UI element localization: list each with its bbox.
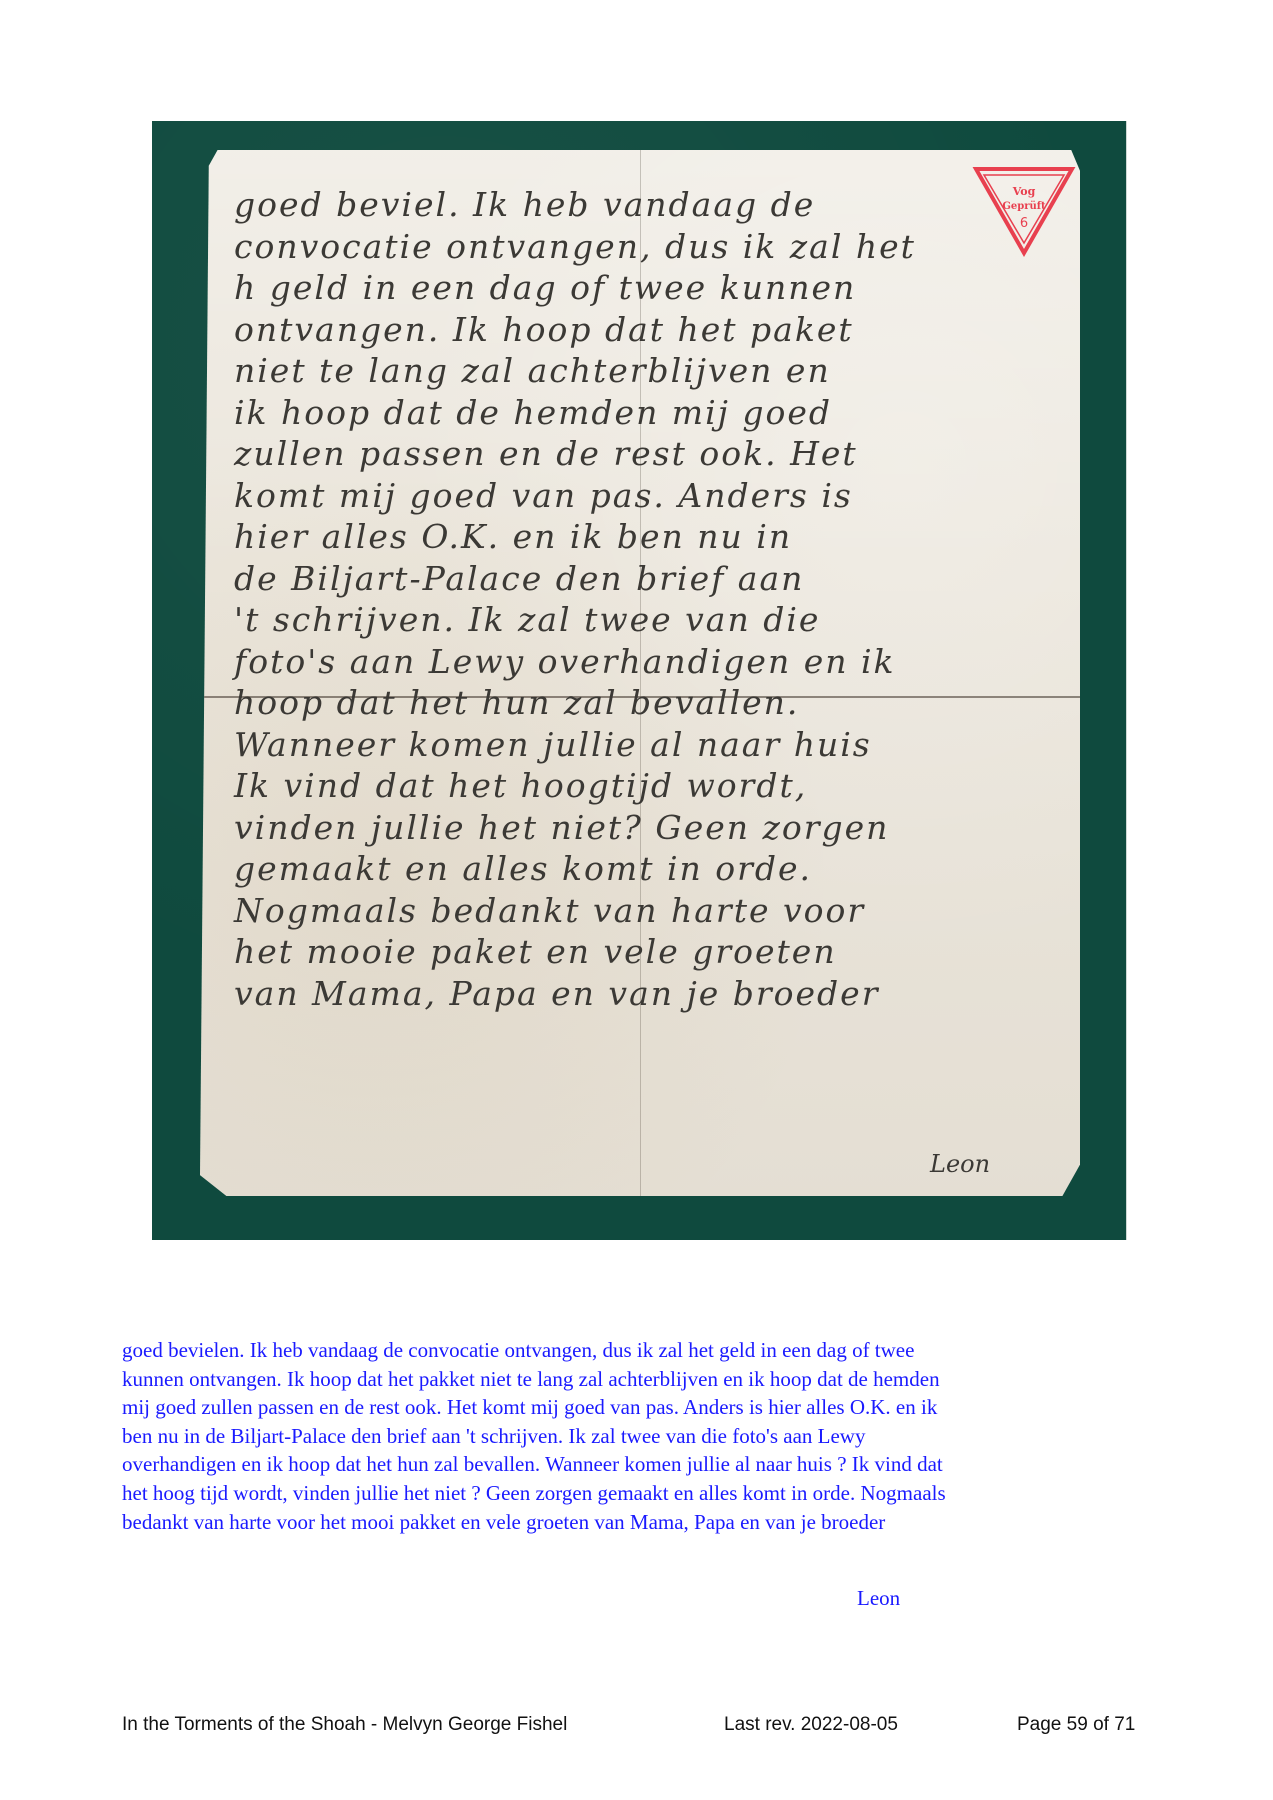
handwritten-signature: Leon [930,1150,990,1178]
handwritten-line: Nogmaals bedankt van harte voor [234,890,1060,932]
handwritten-line: 't schrijven. Ik zal twee van die [234,599,1060,641]
transcription-line: bedankt van harte voor het mooi pakket e… [122,1508,1162,1537]
handwritten-line: de Biljart-Palace den brief aan [234,558,1060,600]
page-footer: In the Torments of the Shoah - Melvyn Ge… [0,1714,1273,1738]
handwritten-line: het mooie paket en vele groeten [234,931,1060,973]
footer-book-title: In the Torments of the Shoah - Melvyn Ge… [122,1714,567,1736]
handwritten-line: gemaakt en alles komt in orde. [234,848,1060,890]
censor-stamp-line2: Geprüft [1002,201,1046,212]
transcription-line: mij goed zullen passen en de rest ook. H… [122,1393,1162,1422]
transcription-line: het hoog tijd wordt, vinden jullie het n… [122,1479,1162,1508]
censor-stamp-icon: Vog Geprüft 6 [972,165,1076,257]
letter-paper: goed beviel. Ik heb vandaag de convocati… [200,150,1080,1196]
handwritten-text: goed beviel. Ik heb vandaag de convocati… [234,184,1060,1014]
transcription-line: ben nu in de Biljart-Palace den brief aa… [122,1422,1162,1451]
handwritten-line: hoop dat het hun zal bevallen. [234,682,1060,724]
transcription-signature: Leon [857,1586,900,1611]
handwritten-line: zullen passen en de rest ook. Het [234,433,1060,475]
footer-revision-date: Last rev. 2022-08-05 [724,1714,898,1736]
footer-page-number: Page 59 of 71 [1017,1714,1135,1736]
handwritten-line: vinden jullie het niet? Geen zorgen [234,807,1060,849]
handwritten-line: van Mama, Papa en van je broeder [234,973,1060,1015]
handwritten-line: komt mij goed van pas. Anders is [234,475,1060,517]
handwritten-line: ontvangen. Ik hoop dat het paket [234,309,1060,351]
transcription-line: goed bevielen. Ik heb vandaag de convoca… [122,1336,1162,1365]
letter-transcription: goed bevielen. Ik heb vandaag de convoca… [122,1336,1162,1536]
handwritten-line: Wanneer komen jullie al naar huis [234,724,1060,766]
censor-stamp-number: 6 [1020,216,1028,231]
handwritten-line: h geld in een dag of twee kunnen [234,267,1060,309]
censor-stamp-line1: Vog [1012,185,1036,198]
handwritten-line: hier alles O.K. en ik ben nu in [234,516,1060,558]
transcription-line: kunnen ontvangen. Ik hoop dat het pakket… [122,1365,1162,1394]
handwritten-line: Ik vind dat het hoogtijd wordt, [234,765,1060,807]
handwritten-line: convocatie ontvangen, dus ik zal het [234,226,1060,268]
transcription-line: overhandigen en ik hoop dat het hun zal … [122,1450,1162,1479]
handwritten-line: niet te lang zal achterblijven en [234,350,1060,392]
handwritten-line: goed beviel. Ik heb vandaag de [234,184,1060,226]
letter-photo: goed beviel. Ik heb vandaag de convocati… [152,121,1127,1240]
handwritten-line: ik hoop dat de hemden mij goed [234,392,1060,434]
handwritten-line: foto's aan Lewy overhandigen en ik [234,641,1060,683]
